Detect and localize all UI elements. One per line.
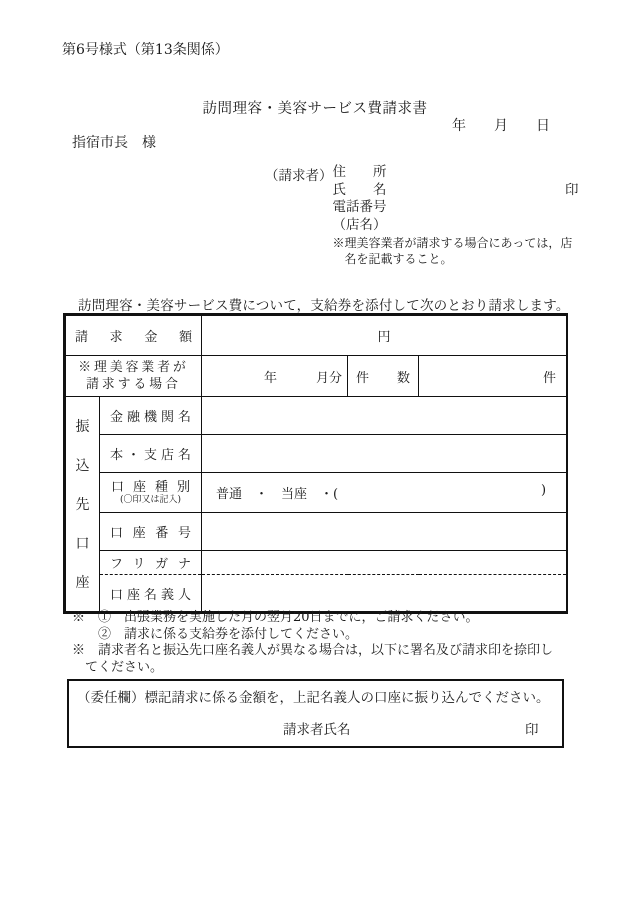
transfer-char: 振	[76, 416, 90, 436]
delegation-text: （委任欄）標記請求に係る金額を，上記名義人の口座に振り込んでください。	[77, 686, 550, 706]
transfer-char: 座	[76, 572, 90, 592]
account-type-options[interactable]: 普通 ・ 当座 ・(	[216, 483, 338, 502]
requester-lines: 住 所 氏 名 印 電話番号 （店名） ※理美容業者が請求する場合にあっては，店…	[333, 164, 605, 267]
bank-name-field[interactable]	[202, 397, 567, 435]
requester-seal-mark: 印	[565, 182, 579, 200]
count-field[interactable]: 件	[419, 356, 567, 397]
shop-name-label: （店名）	[333, 217, 605, 235]
form-page: 第6号様式（第13条関係） 訪問理容・美容サービス費請求書 年 月 日 指宿市長…	[0, 0, 630, 903]
transfer-account-vertical-label: 振 込 先 口 座	[66, 397, 100, 612]
furigana-row: フリガナ	[66, 550, 567, 575]
vendor-case-row: ※理美容業者が 請求する場合 年 月分 件数 件	[66, 356, 567, 397]
holder-label: 口座名義人	[100, 575, 202, 612]
addressee: 指宿市長 様	[72, 132, 156, 152]
name-line: 氏 名 印	[333, 182, 605, 200]
period-field[interactable]: 年 月分	[202, 356, 348, 397]
holder-field[interactable]	[202, 575, 567, 612]
account-number-label: 口座番号	[100, 512, 202, 550]
delegation-signer-label: 請求者氏名	[283, 718, 351, 738]
account-type-row: 口座種別 (〇印又は記入) 普通 ・ 当座 ・( )	[66, 472, 567, 512]
note-line-3: ※ 請求者名と振込先口座名義人が異なる場合は，以下に署名及び請求印を捺印し	[72, 643, 553, 660]
address-label: 住 所	[333, 164, 605, 182]
bank-name-row: 振 込 先 口 座 金融機関名	[66, 397, 567, 435]
requester-label: （請求者）	[265, 164, 333, 267]
amount-row: 請求金額 円	[66, 316, 567, 356]
notes-block: ※ ① 出張業務を実施した月の翌月20日までに，ご請求ください。 ② 請求に係る…	[72, 610, 553, 676]
account-type-field[interactable]: 普通 ・ 当座 ・( )	[202, 472, 567, 512]
note-line-4: てください。	[72, 660, 553, 677]
vendor-case-line2: 請求する場合	[66, 376, 201, 393]
delegation-seal-mark: 印	[525, 718, 539, 738]
account-type-paren-close: )	[541, 483, 546, 502]
furigana-field[interactable]	[202, 550, 567, 575]
date-field[interactable]: 年 月 日	[452, 115, 550, 135]
claim-table: 請求金額 円 ※理美容業者が 請求する場合 年 月分 件数 件 振 込 先	[63, 313, 568, 614]
branch-row: 本・支店名	[66, 434, 567, 472]
transfer-char: 口	[76, 533, 90, 553]
name-label: 氏 名	[333, 182, 387, 200]
delegation-box: （委任欄）標記請求に係る金額を，上記名義人の口座に振り込んでください。 請求者氏…	[67, 679, 564, 748]
vendor-case-label: ※理美容業者が 請求する場合	[66, 356, 202, 397]
account-number-field[interactable]	[202, 512, 567, 550]
lead-sentence: 訪問理容・美容サービス費について，支給券を添付して次のとおり請求します。	[78, 294, 570, 314]
account-type-label: 口座種別 (〇印又は記入)	[100, 472, 202, 512]
amount-field[interactable]: 円	[202, 316, 567, 356]
note-line-2: ② 請求に係る支給券を添付してください。	[72, 627, 553, 644]
holder-row: 口座名義人	[66, 575, 567, 612]
transfer-char: 先	[76, 494, 90, 514]
bank-name-label: 金融機関名	[100, 397, 202, 435]
account-type-label-main: 口座種別	[100, 480, 201, 495]
branch-label: 本・支店名	[100, 434, 202, 472]
furigana-label: フリガナ	[100, 550, 202, 575]
transfer-char: 込	[76, 455, 90, 475]
vendor-case-line1: ※理美容業者が	[66, 359, 201, 376]
branch-field[interactable]	[202, 434, 567, 472]
requester-note-line1: ※理美容業者が請求する場合にあっては，店	[333, 236, 605, 252]
requester-block: （請求者） 住 所 氏 名 印 電話番号 （店名） ※理美容業者が請求する場合に…	[265, 164, 605, 267]
form-number: 第6号様式（第13条関係）	[62, 39, 229, 59]
account-type-label-sub: (〇印又は記入)	[100, 495, 201, 506]
amount-label: 請求金額	[66, 316, 202, 356]
account-number-row: 口座番号	[66, 512, 567, 550]
phone-label: 電話番号	[333, 199, 605, 217]
note-line-1: ※ ① 出張業務を実施した月の翌月20日までに，ご請求ください。	[72, 610, 553, 627]
count-label: 件数	[348, 356, 419, 397]
requester-note-line2: 名を記載すること。	[333, 252, 605, 268]
